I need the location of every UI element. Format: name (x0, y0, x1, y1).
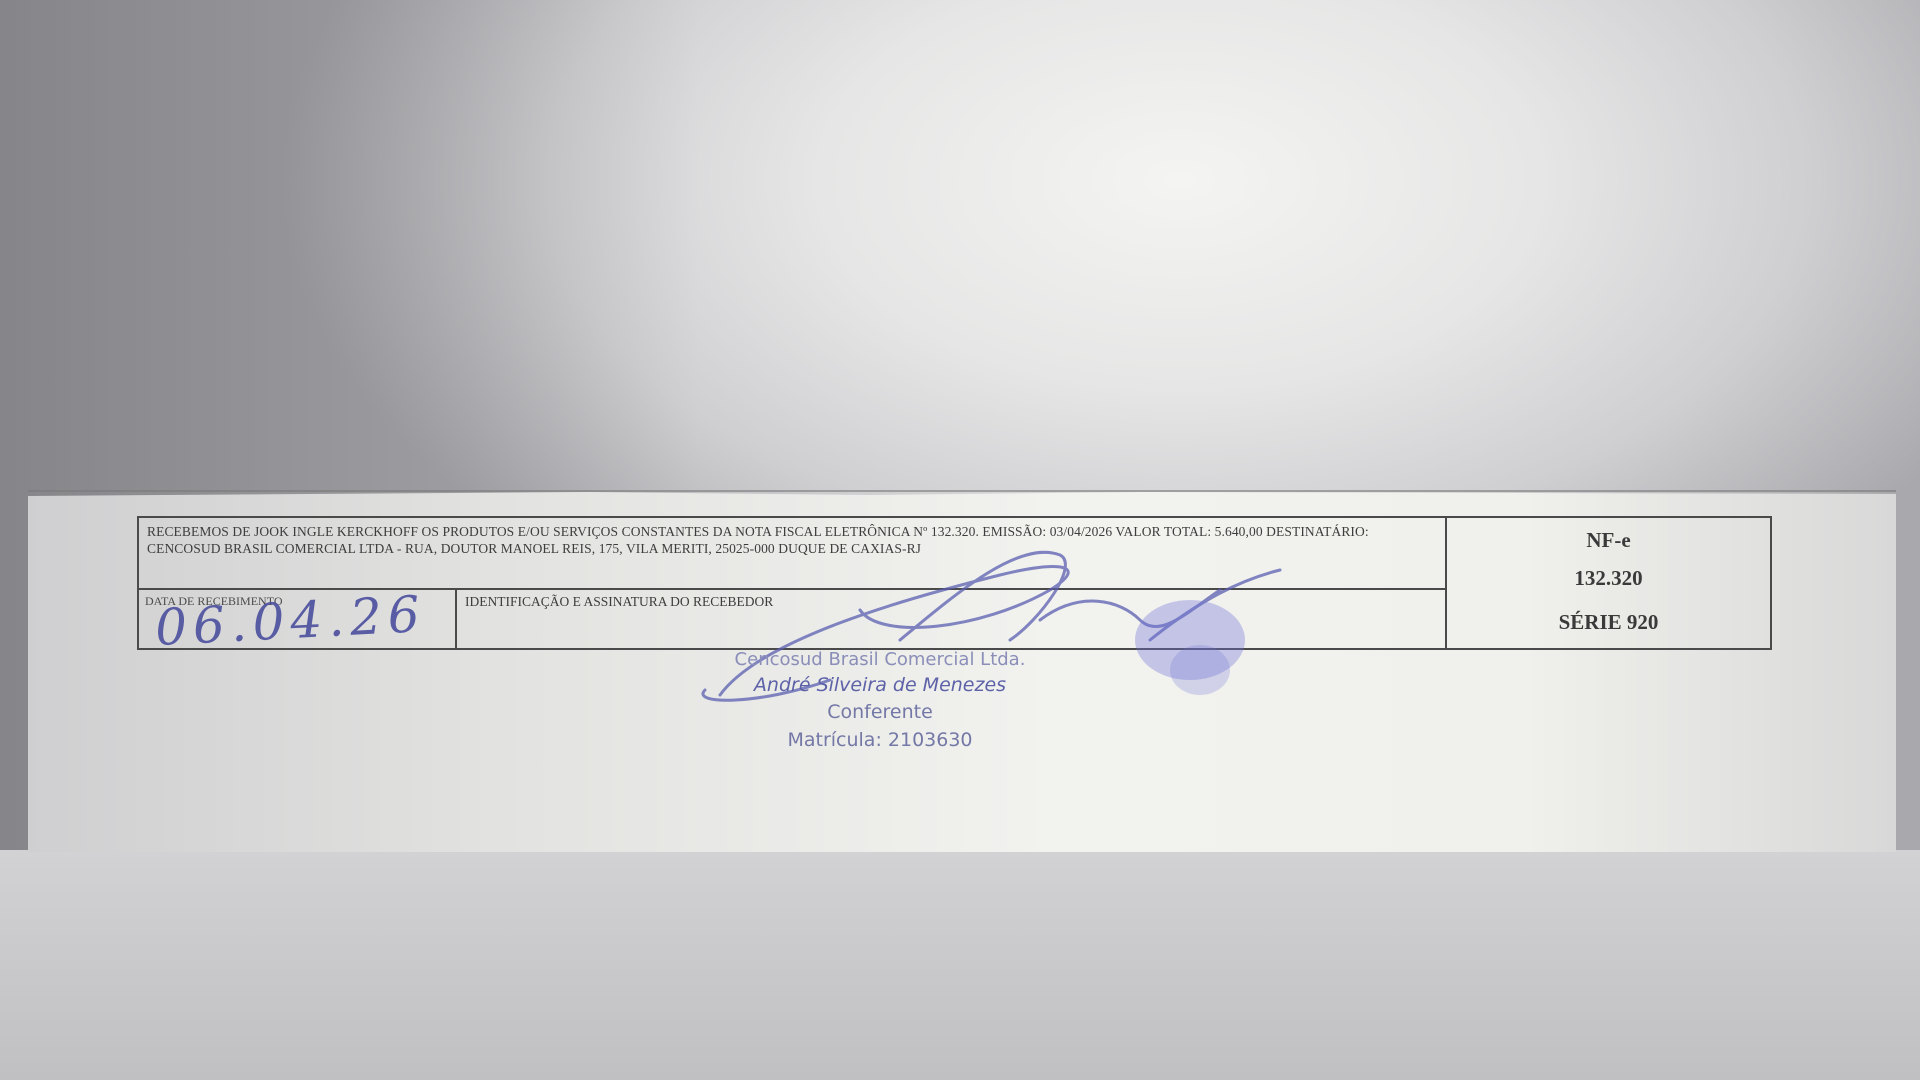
background-lower-paper (0, 850, 1920, 1080)
stamp-name: André Silveira de Menezes (700, 672, 1060, 698)
receiver-stamp: Cencosud Brasil Comercial Ltda. André Si… (700, 648, 1060, 754)
nfe-serie: SÉRIE 920 (1447, 610, 1770, 635)
nfe-label: NF-e (1447, 528, 1770, 553)
signature-label: IDENTIFICAÇÃO E ASSINATURA DO RECEBEDOR (465, 594, 773, 609)
stamp-company: Cencosud Brasil Comercial Ltda. (700, 648, 1060, 672)
receipt-statement: RECEBEMOS DE JOOK INGLE KERCKHOFF OS PRO… (139, 518, 1445, 590)
nfe-info-box: NF-e 132.320 SÉRIE 920 (1447, 518, 1770, 648)
stamp-registration: Matrícula: 2103630 (700, 726, 1060, 754)
stamp-role: Conferente (700, 698, 1060, 726)
receipt-statement-text: RECEBEMOS DE JOOK INGLE KERCKHOFF OS PRO… (147, 524, 1369, 556)
paper-torn-edge (28, 490, 1896, 498)
nfe-number: 132.320 (1447, 566, 1770, 591)
